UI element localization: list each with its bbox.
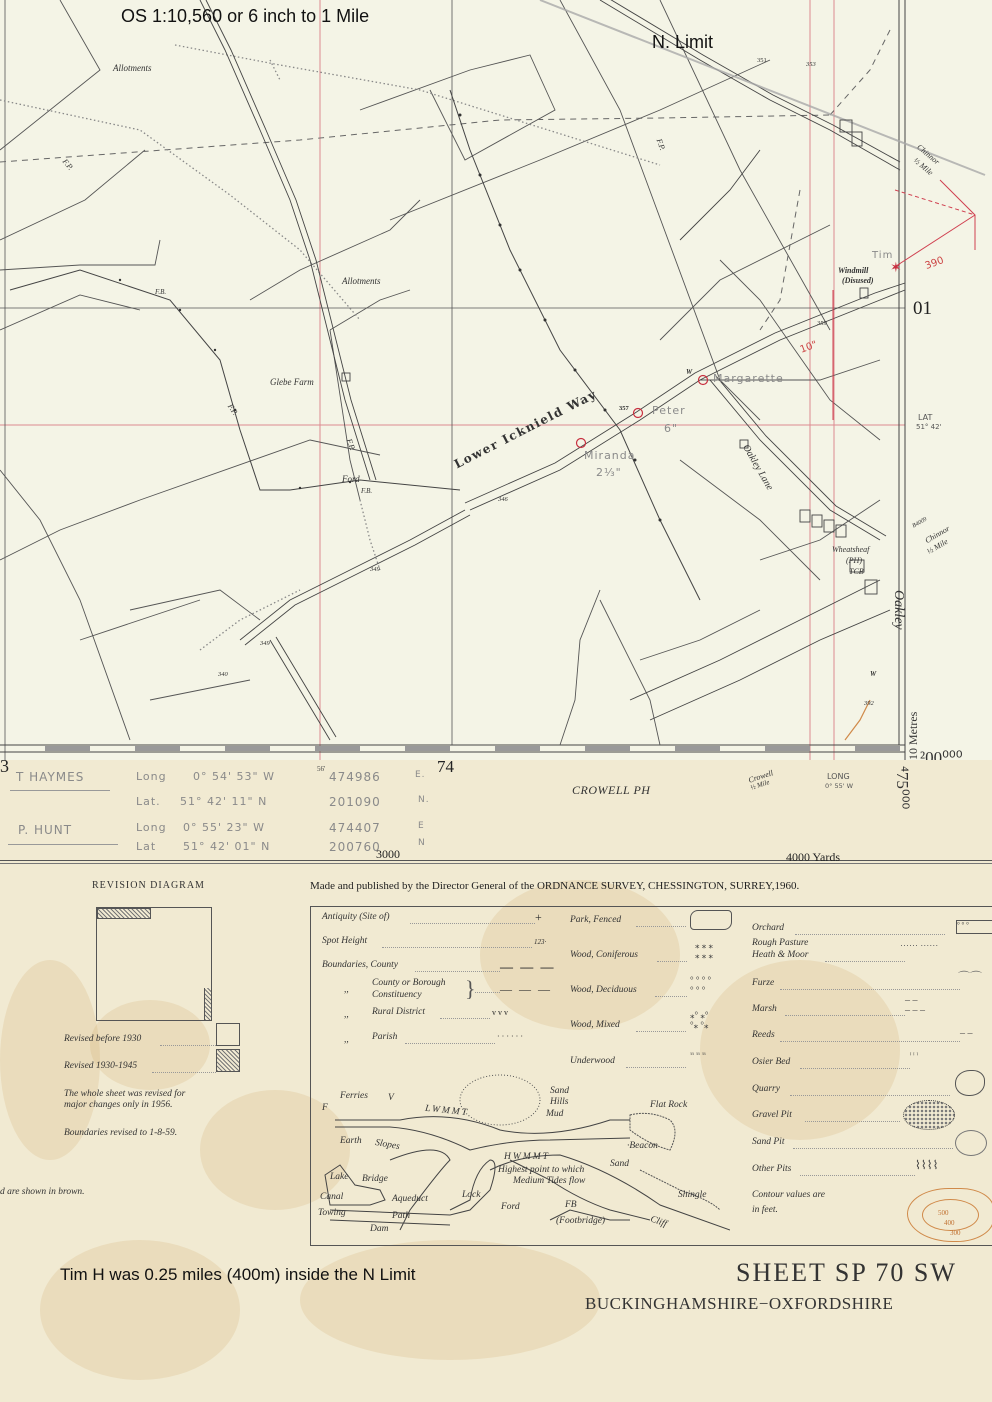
rough-pasture-symbol: ⋯⋯ ⋯⋯ bbox=[900, 940, 938, 951]
rural-district-symbol: v v v bbox=[492, 1008, 508, 1017]
contour-symbol: 500 400 300 bbox=[907, 1188, 992, 1242]
legend-wood-coniferous: Wood, Coniferous bbox=[570, 950, 638, 960]
grid-easting-74: 74 bbox=[437, 757, 454, 777]
legend-contour-note-2: in feet. bbox=[752, 1205, 778, 1215]
label-glebe-farm: Glebe Farm bbox=[270, 377, 314, 387]
reeds-symbol: ‒ ‒ bbox=[960, 1028, 973, 1039]
ditto-mark: ,, bbox=[344, 1010, 349, 1020]
park-symbol bbox=[690, 910, 732, 930]
observer-easting: 474986 bbox=[329, 770, 381, 784]
legend-aqueduct: Aqueduct bbox=[392, 1194, 428, 1204]
label-ford: Ford bbox=[342, 474, 360, 484]
label-windmill: Windmill bbox=[838, 266, 868, 275]
boundaries-revised: Boundaries revised to 1-8-59. bbox=[64, 1128, 177, 1138]
revision-title: REVISION DIAGRAM bbox=[92, 880, 205, 891]
marsh-symbol: ‒ ‒‒ ‒ ‒ bbox=[905, 996, 925, 1016]
observer-name: P. HUNT bbox=[18, 823, 72, 837]
observer-label-tim: Tim bbox=[872, 250, 893, 261]
legend-constituency: County or Borough bbox=[372, 978, 446, 988]
observer-lat-label: Lat bbox=[136, 840, 156, 853]
quarry-symbol bbox=[955, 1070, 985, 1096]
antiquity-symbol: + bbox=[535, 910, 542, 925]
lat-label: LAT bbox=[918, 413, 932, 422]
legend-spot-height: Spot Height bbox=[322, 936, 367, 946]
map-margin: 3 74 56' CROWELL PH Crowell ½ Mile LONG … bbox=[0, 760, 992, 1402]
legend-marsh: Marsh bbox=[752, 1004, 777, 1014]
county-boundary-symbol: — — — bbox=[500, 959, 556, 975]
legend-heath-moor: Heath & Moor bbox=[752, 950, 808, 960]
label-footbridge: F.B. bbox=[155, 288, 166, 296]
map-linework: ✶ bbox=[0, 0, 992, 760]
observer-label-miranda: Miranda bbox=[584, 449, 636, 462]
wood-coniferous-symbol: ⁎ ⁎ ⁎⁎ ⁎ ⁎ bbox=[695, 940, 713, 960]
svg-text:✶: ✶ bbox=[890, 260, 902, 276]
northing-suffix: N bbox=[418, 838, 426, 848]
observer-long-label: Long bbox=[136, 770, 167, 783]
legend-beacon: ·Beacon bbox=[627, 1141, 658, 1151]
lat-value: 51° 42' bbox=[916, 423, 941, 431]
legend-reeds: Reeds bbox=[752, 1030, 775, 1040]
legend-ford: Ford bbox=[501, 1202, 520, 1212]
observer-northing: 201090 bbox=[329, 795, 381, 809]
legend-rough-pasture: Rough Pasture bbox=[752, 938, 808, 948]
northing-suffix: N. bbox=[418, 795, 430, 805]
brown-note: d are shown in brown. bbox=[0, 1187, 85, 1197]
label-ten-metres: 10 Metres bbox=[906, 712, 921, 760]
legend-shingle: Shingle bbox=[678, 1190, 707, 1200]
label-ph: (PH) bbox=[846, 556, 862, 565]
easting-suffix: E. bbox=[415, 770, 426, 780]
legend-sand: Sand bbox=[610, 1159, 629, 1169]
long-label: LONG bbox=[827, 772, 850, 781]
legend-mud: Mud bbox=[546, 1109, 563, 1119]
other-pits-symbol: ⌇⌇⌇⌇ bbox=[915, 1158, 938, 1173]
observer-longitude: 0° 55' 23" W bbox=[183, 821, 265, 834]
observer-lat-label: Lat. bbox=[136, 795, 161, 808]
spot-height: 357 bbox=[619, 405, 629, 412]
spot-height: 340 bbox=[218, 671, 228, 678]
wood-mixed-symbol: ⁎° ⁎°°⁎ °⁎ bbox=[690, 1010, 708, 1030]
spot-height: 346 bbox=[498, 496, 508, 503]
orchard-symbol: ° ° ° bbox=[956, 920, 992, 934]
legend-bridge: Bridge bbox=[362, 1174, 388, 1184]
observer-longitude: 0° 54' 53" W bbox=[193, 770, 275, 783]
spot-height: 392 bbox=[864, 700, 874, 707]
whole-sheet-note-1: The whole sheet was revised for bbox=[64, 1089, 185, 1099]
legend-canal: Canal bbox=[320, 1192, 343, 1202]
grid-easting-475000: ⁴75⁰⁰⁰ bbox=[892, 766, 912, 809]
observer-latitude: 51° 42' 11" N bbox=[180, 795, 267, 808]
legend-other-pits: Other Pits bbox=[752, 1164, 791, 1174]
furze-symbol: ⌒⌒ bbox=[958, 968, 982, 985]
legend-sand-hills-2: Hills bbox=[550, 1097, 568, 1107]
observer-easting: 474407 bbox=[329, 821, 381, 835]
observer-long-label: Long bbox=[136, 821, 167, 834]
legend-antiquity: Antiquity (Site of) bbox=[322, 912, 390, 922]
footer-note: Tim H was 0.25 miles (400m) inside the N… bbox=[60, 1265, 416, 1285]
spot-height: 349 bbox=[370, 566, 380, 573]
legend-fb: FB bbox=[565, 1200, 577, 1210]
spot-height-symbol: 123· bbox=[534, 938, 546, 946]
minute-56: 56' bbox=[317, 765, 325, 773]
brace: } bbox=[465, 976, 476, 1002]
underwood-symbol: ᵌᵌ ᵌᵌ ᵌᵌ bbox=[690, 1050, 706, 1059]
parish-symbol: · · · · · · bbox=[497, 1032, 523, 1041]
observer-northing: 200760 bbox=[329, 840, 381, 854]
spot-height: 359 bbox=[817, 320, 827, 327]
legend-ferries: Ferries bbox=[340, 1091, 368, 1101]
legend-dam: Dam bbox=[370, 1224, 388, 1234]
legend-footbridge: (Footbridge) bbox=[556, 1216, 605, 1226]
legend-osier-bed: Osier Bed bbox=[752, 1057, 790, 1067]
label-wheatsheaf: Wheatsheaf bbox=[832, 545, 869, 554]
label-footbridge: F.B. bbox=[361, 487, 372, 495]
label-oakley: Oakley bbox=[890, 590, 906, 630]
constituency-symbol: — — — bbox=[500, 982, 552, 997]
grid-northing-01: 01 bbox=[913, 298, 932, 320]
observer-label-peter: Peter bbox=[652, 404, 686, 417]
legend-county-boundary: Boundaries, County bbox=[322, 960, 398, 970]
legend-parish: Parish bbox=[372, 1032, 397, 1042]
observer-latitude: 51° 42' 01" N bbox=[183, 840, 270, 853]
legend-furze: Furze bbox=[752, 978, 774, 988]
label-tcb: TCB bbox=[849, 567, 864, 576]
legend-rural-district: Rural District bbox=[372, 1007, 425, 1017]
contour-value: 400 bbox=[944, 1219, 955, 1227]
legend-ferry-v: V bbox=[388, 1093, 394, 1103]
spot-height: 353 bbox=[806, 61, 816, 68]
legend-sand-hills: Sand bbox=[550, 1086, 569, 1096]
spot-height: 351 bbox=[757, 57, 767, 64]
legend-sand-pit: Sand Pit bbox=[752, 1137, 784, 1147]
revised-1930-1945: Revised 1930-1945 bbox=[64, 1061, 137, 1071]
wood-deciduous-symbol: ° ° ° °° ° ° bbox=[690, 975, 711, 995]
legend-lake: Lake bbox=[330, 1172, 348, 1182]
scale-3000: 3000 bbox=[376, 847, 400, 862]
map-area: ✶ Margarette Peter 6" Miranda 2⅓" Tim 39… bbox=[0, 0, 992, 760]
grid-easting-73: 3 bbox=[0, 756, 9, 777]
observer-label-margarette: Margarette bbox=[713, 372, 784, 385]
legend-path: Path bbox=[392, 1211, 410, 1221]
legend-lock: Lock bbox=[462, 1190, 480, 1200]
publisher-line: Made and published by the Director Gener… bbox=[310, 880, 799, 892]
revised-before-1930: Revised before 1930 bbox=[64, 1034, 141, 1044]
legend-constituency-2: Constituency bbox=[372, 990, 422, 1000]
label-allotments: Allotments bbox=[113, 63, 152, 73]
sand-pit-symbol bbox=[955, 1130, 987, 1156]
legend-medium-tides: Medium Tides flow bbox=[513, 1176, 585, 1186]
sheet-counties: BUCKINGHAMSHIRE−OXFORDSHIRE bbox=[585, 1294, 893, 1314]
observer-name: T HAYMES bbox=[16, 770, 84, 784]
revision-square bbox=[96, 907, 212, 1021]
legend-wood-deciduous: Wood, Deciduous bbox=[570, 985, 637, 995]
legend-gravel-pit: Gravel Pit bbox=[752, 1110, 792, 1120]
observer-distance-peter: 6" bbox=[664, 422, 678, 435]
label-windmill-disused: (Disused) bbox=[842, 276, 874, 285]
contour-value: 500 bbox=[938, 1209, 949, 1217]
scale-note: OS 1:10,560 or 6 inch to 1 Mile bbox=[121, 6, 369, 27]
n-limit-label: N. Limit bbox=[652, 32, 713, 53]
label-well: W bbox=[870, 670, 876, 678]
legend-wood-mixed: Wood, Mixed bbox=[570, 1020, 620, 1030]
sheet-title: SHEET SP 70 SW bbox=[736, 1258, 957, 1288]
ditto-mark: ,, bbox=[344, 985, 349, 995]
long-value: 0° 55' W bbox=[825, 782, 853, 790]
label-crowell-ph: CROWELL PH bbox=[572, 783, 650, 798]
whole-sheet-note-2: major changes only in 1956. bbox=[64, 1100, 172, 1110]
swatch-before-1930 bbox=[216, 1023, 240, 1046]
gravel-pit-symbol bbox=[903, 1100, 955, 1130]
spot-height: 349 bbox=[260, 640, 270, 647]
legend-ferry-f: F bbox=[322, 1103, 328, 1113]
legend-highest-point: Highest point to which bbox=[498, 1165, 584, 1175]
ditto-mark: ,, bbox=[344, 1035, 349, 1045]
legend-flat-rock: Flat Rock bbox=[650, 1100, 687, 1110]
legend-underwood: Underwood bbox=[570, 1056, 615, 1066]
scale-4000-yards: 4000 Yards bbox=[786, 850, 840, 865]
osier-bed-symbol: ᵎ ᵎ ᵎ bbox=[910, 1050, 918, 1059]
swatch-1930-1945 bbox=[216, 1049, 240, 1072]
legend-towing: Towing bbox=[318, 1208, 346, 1218]
observer-distance-miranda: 2⅓" bbox=[596, 466, 622, 479]
legend-hwmmt: HWMMT bbox=[504, 1152, 550, 1162]
legend-park-fenced: Park, Fenced bbox=[570, 915, 621, 925]
legend-contour-note: Contour values are bbox=[752, 1190, 825, 1200]
contour-value: 300 bbox=[950, 1229, 961, 1237]
label-allotments: Allotments bbox=[342, 276, 381, 286]
legend-orchard: Orchard bbox=[752, 923, 784, 933]
label-well: W bbox=[686, 368, 692, 376]
legend-earth: Earth bbox=[340, 1136, 362, 1146]
easting-suffix: E bbox=[418, 821, 425, 831]
legend-quarry: Quarry bbox=[752, 1084, 780, 1094]
